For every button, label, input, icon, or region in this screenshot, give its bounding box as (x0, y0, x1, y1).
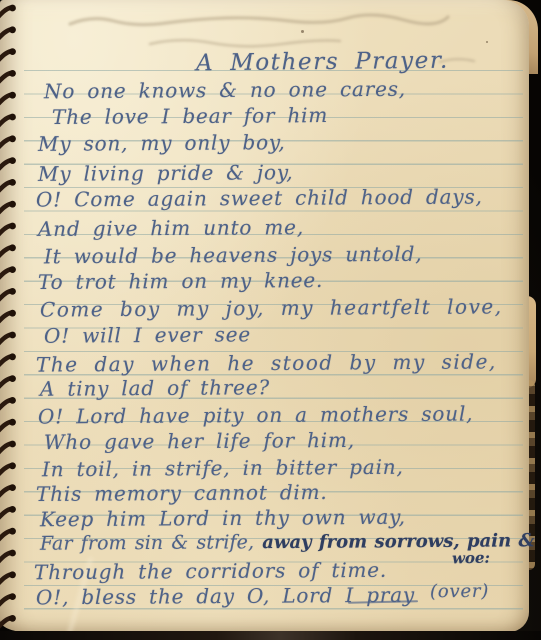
binding-coil-tip (9, 550, 16, 557)
poem-line: Come boy my joy, my heartfelt love, (40, 294, 503, 321)
binding-coil-tip (9, 506, 16, 513)
poem-line: In toil, in strife, in bitter pain, (42, 455, 404, 482)
binding-coil-tip (9, 571, 16, 578)
poem-line: O! Come again sweet child hood days, (36, 184, 483, 211)
poem-line: O! Lord have pity on a mothers soul, (38, 401, 473, 428)
paper-speck (301, 30, 304, 33)
poem-line-original: Far from sin & strife, (40, 531, 254, 554)
inserted-text: away from sorrows, pain & (262, 530, 535, 553)
poem-line: No one knows & no one cares, (44, 77, 406, 104)
binding-coil-tip (9, 135, 16, 142)
binding-coil-tip (9, 310, 16, 317)
notebook-page: A Mothers Prayer. No one knows & no one … (0, 0, 529, 632)
poem-line: To trot him on my knee. (38, 268, 323, 294)
binding-coil-tip (9, 179, 16, 186)
binding-coil-tip (9, 462, 16, 469)
binding-coil-tip (9, 593, 16, 600)
poem-line: My son, my only boy, (38, 130, 286, 156)
binding-coil-tip (9, 288, 16, 295)
poem-line: Who gave her life for him, (44, 428, 355, 454)
over-note: (over) (430, 581, 489, 602)
binding-coil-tip (9, 223, 16, 230)
notebook-photo: A Mothers Prayer. No one knows & no one … (0, 0, 541, 640)
poem-line: Through the corridors of time. (34, 558, 387, 584)
binding-coil-tip (9, 48, 16, 55)
poem-line: Keep him Lord in thy own way, (40, 505, 406, 532)
paper-speck (486, 41, 488, 43)
poem-line: The love I bear for him (52, 103, 328, 129)
poem-line: The day when he stood by my side, (36, 349, 497, 376)
binding-coil-tip (9, 353, 16, 360)
binding-coil-tip (9, 419, 16, 426)
table-background (0, 631, 541, 640)
poem-line: O!, bless the day O, Lord I pray (36, 583, 415, 610)
binding-coil-tip (9, 266, 16, 273)
binding-coil-tip (9, 332, 16, 339)
binding-coil-tip (9, 114, 16, 121)
binding-coil-tip (9, 201, 16, 208)
poem-line: A tiny lad of three? (40, 375, 270, 401)
poem-line: My living pride & joy, (38, 160, 294, 186)
binding-coil-tip (9, 92, 16, 99)
poem-line: This memory cannot dim. (36, 480, 328, 506)
poem-line: O! will I ever see (44, 322, 251, 347)
binding-coil-tip (9, 375, 16, 382)
binding-coil-tip (9, 26, 16, 33)
poem-title: A Mothers Prayer. (196, 48, 449, 77)
binding-coil-tip (9, 244, 16, 251)
poem-line: It would be heavens joys untold, (44, 242, 422, 269)
binding-coil-tip (9, 397, 16, 404)
binding-coil-tip (9, 5, 16, 12)
binding-coil-tip (9, 484, 16, 491)
binding-coil-tip (9, 70, 16, 77)
binding-coil-tip (9, 528, 16, 535)
binding-coil-tip (9, 441, 16, 448)
binding-coil-tip (9, 157, 16, 164)
poem-line: And give him unto me, (38, 215, 304, 241)
inserted-text-carry: woe: (452, 549, 490, 568)
binding-coil-tip (9, 615, 16, 622)
spiral-binding (0, 0, 40, 640)
